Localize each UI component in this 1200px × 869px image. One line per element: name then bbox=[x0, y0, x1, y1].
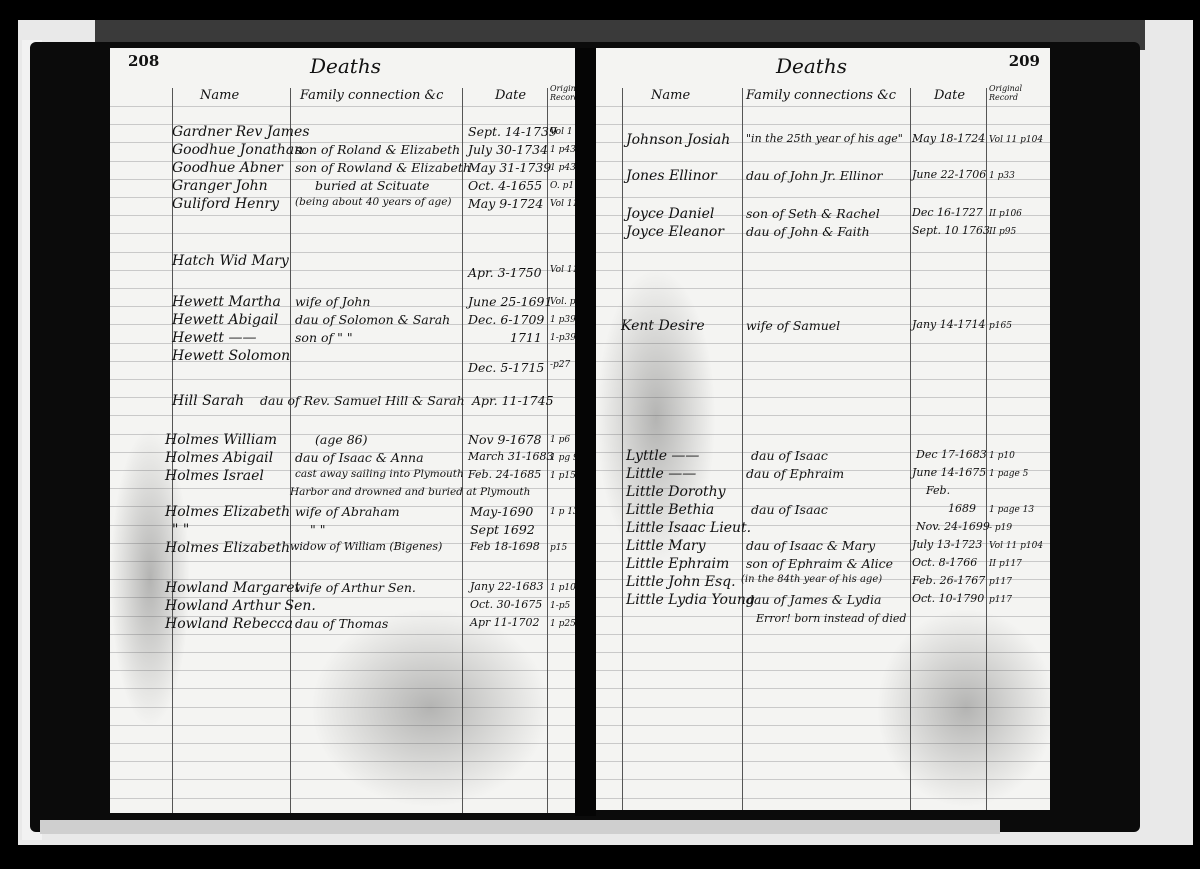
entry-date: Sept 1692 bbox=[470, 522, 535, 537]
table-row: Joyce Danielson of Seth & RachelDec 16-1… bbox=[596, 206, 1050, 224]
table-row: Little Isaac Lieut.Nov. 24-1699- p19 bbox=[596, 520, 1050, 538]
entry-date: Sept. 14-1739 bbox=[468, 124, 557, 139]
entry-record: p15 bbox=[550, 543, 567, 553]
entry-name: Goodhue Jonathan bbox=[172, 142, 303, 158]
entry-family: wife of John bbox=[295, 294, 370, 309]
entry-date: Dec 16-1727 bbox=[912, 206, 983, 219]
page-title: Deaths bbox=[310, 54, 381, 78]
table-row: Jones Ellinordau of John Jr. EllinorJune… bbox=[596, 168, 1050, 186]
entry-record: p165 bbox=[989, 321, 1012, 331]
book-bottom-edge bbox=[40, 820, 1000, 834]
entry-record: p117 bbox=[989, 595, 1012, 605]
entry-record: 1-p5 bbox=[550, 601, 570, 611]
entry-name: Jones Ellinor bbox=[626, 168, 717, 184]
entry-name: Hewett Solomon bbox=[172, 348, 290, 364]
entry-record: p117 bbox=[989, 577, 1012, 587]
column-header-family: Family connection &c bbox=[300, 88, 443, 103]
entry-family: dau of Isaac & Mary bbox=[746, 538, 875, 553]
entry-date: July 13-1723 bbox=[912, 538, 982, 551]
entry-family: dau of James & Lydia bbox=[746, 592, 881, 607]
table-row: Little John Esq.(in the 84th year of his… bbox=[596, 574, 1050, 592]
table-row: Little Lydia Youngdau of James & LydiaOc… bbox=[596, 592, 1050, 610]
entry-date: June 25-1691 bbox=[468, 294, 552, 309]
table-row: Holmes William(age 86)Nov 9-16781 p6 bbox=[110, 432, 575, 450]
entry-family: dau of Solomon & Sarah bbox=[295, 312, 450, 327]
entry-name: Guliford Henry bbox=[172, 196, 279, 212]
entry-date: Nov. 24-1699 bbox=[916, 520, 990, 533]
entry-name: Hill Sarah bbox=[172, 393, 244, 409]
entry-family: cast away sailing into Plymouth bbox=[295, 468, 464, 480]
entry-date: May 31-1739 bbox=[468, 160, 551, 175]
entry-date: June 22-1706 bbox=[912, 168, 986, 181]
entry-record: II p95 bbox=[989, 227, 1016, 237]
entry-record: 1 pg 9 bbox=[550, 453, 575, 463]
table-row: Lyttle ——dau of IsaacDec 17-16831 p10 bbox=[596, 448, 1050, 466]
ruled-line bbox=[110, 288, 575, 289]
entry-family: " " bbox=[310, 522, 325, 537]
page-title: Deaths bbox=[776, 54, 847, 78]
entry-family: (in the 84th year of his age) bbox=[741, 574, 882, 585]
entry-family: dau of Isaac bbox=[751, 448, 828, 463]
entry-family: buried at Scituate bbox=[315, 178, 429, 193]
table-row: Little Marydau of Isaac & MaryJuly 13-17… bbox=[596, 538, 1050, 556]
entry-family: "in the 25th year of his age" bbox=[746, 132, 903, 145]
table-row: " "" "Sept 1692 bbox=[110, 522, 575, 540]
entry-name: Holmes Elizabeth bbox=[165, 504, 290, 520]
entry-date: Oct. 8-1766 bbox=[912, 556, 977, 569]
ruled-line bbox=[110, 415, 575, 416]
entry-family: widow of William (Bigenes) bbox=[290, 540, 442, 553]
column-header-record: Original Record bbox=[989, 84, 1019, 102]
entry-name: Holmes William bbox=[165, 432, 277, 448]
entry-date: Apr. 3-1750 bbox=[468, 265, 542, 280]
table-row: Little ——dau of EphraimJune 14-16751 pag… bbox=[596, 466, 1050, 484]
entry-name: Holmes Elizabeth bbox=[165, 540, 290, 556]
table-row: Hewett SolomonDec. 5-1715-p27 bbox=[110, 348, 575, 366]
table-row: Little Ephraimson of Ephraim & AliceOct.… bbox=[596, 556, 1050, 574]
ruled-line bbox=[596, 124, 1050, 125]
table-row: Little DorothyFeb. bbox=[596, 484, 1050, 502]
ruled-line bbox=[596, 252, 1050, 253]
entry-record: Vol. page bbox=[550, 297, 575, 307]
entry-record: -p27 bbox=[550, 360, 570, 370]
entry-date: Oct. 30-1675 bbox=[470, 598, 542, 611]
paper-stain bbox=[310, 608, 550, 808]
entry-name: Little Lydia Young bbox=[626, 592, 755, 608]
column-header-date: Date bbox=[495, 88, 526, 103]
entry-date: Oct. 4-1655 bbox=[468, 178, 542, 193]
entry-family: son of Rowland & Elizabeth bbox=[295, 160, 471, 175]
table-row: Holmes Abigaildau of Isaac & AnnaMarch 3… bbox=[110, 450, 575, 468]
entry-record: 1 p33 bbox=[989, 171, 1015, 181]
entry-name: " " bbox=[172, 522, 189, 538]
entry-name: Joyce Eleanor bbox=[626, 224, 724, 240]
entry-record: 1-p39 bbox=[550, 333, 575, 343]
table-row: Howland Rebeccadau of ThomasApr 11-17021… bbox=[110, 616, 575, 634]
entry-family: dau of John & Faith bbox=[746, 224, 870, 239]
entry-family: (age 86) bbox=[315, 432, 367, 447]
entry-date: June 14-1675 bbox=[912, 466, 986, 479]
ruled-line bbox=[596, 106, 1050, 107]
table-row: Holmes Israelcast away sailing into Plym… bbox=[110, 468, 575, 486]
table-row: Hill Sarahdau of Rev. Samuel Hill & Sara… bbox=[110, 393, 575, 411]
entry-record: Vol 1 p43 bbox=[550, 127, 575, 137]
table-row: Harbor and drowned and buried at Plymout… bbox=[110, 486, 575, 504]
table-row: Little Bethiadau of Isaac16891 page 13 bbox=[596, 502, 1050, 520]
right-page: 209 Deaths Name Family connections &c Da… bbox=[596, 48, 1050, 810]
entry-date: Feb. bbox=[926, 484, 950, 497]
entry-name: Holmes Israel bbox=[165, 468, 264, 484]
entry-date: May-1690 bbox=[470, 504, 533, 519]
entry-family: dau of Isaac & Anna bbox=[295, 450, 424, 465]
ruled-line bbox=[110, 233, 575, 234]
entry-record: - p19 bbox=[989, 523, 1012, 533]
entry-family: wife of Abraham bbox=[295, 504, 400, 519]
entry-family: Harbor and drowned and buried at Plymout… bbox=[290, 486, 530, 498]
entry-name: Little —— bbox=[626, 466, 696, 482]
paper-stain bbox=[876, 608, 1050, 808]
entry-record: II p106 bbox=[989, 209, 1022, 219]
entry-record: 1 p25 bbox=[550, 619, 575, 629]
book-gutter bbox=[575, 48, 596, 816]
entry-date: July 30-1734 bbox=[468, 142, 548, 157]
entry-family: (being about 40 years of age) bbox=[295, 196, 452, 208]
entry-record: 1 page 13 bbox=[989, 505, 1034, 515]
entry-date: 1689 bbox=[948, 502, 976, 515]
entry-family: son of Ephraim & Alice bbox=[746, 556, 893, 571]
table-row: Guliford Henry(being about 40 years of a… bbox=[110, 196, 575, 214]
table-row: Hewett Marthawife of JohnJune 25-1691Vol… bbox=[110, 294, 575, 312]
entry-date: Jany 22-1683 bbox=[470, 580, 543, 593]
entry-record: 1 p43 bbox=[550, 145, 575, 155]
table-row: Howland Margaretwife of Arthur Sen.Jany … bbox=[110, 580, 575, 598]
entry-name: Goodhue Abner bbox=[172, 160, 283, 176]
entry-name: Little Mary bbox=[626, 538, 706, 554]
entry-date: May 9-1724 bbox=[468, 196, 543, 211]
entry-name: Gardner Rev James bbox=[172, 124, 310, 140]
ruled-line bbox=[110, 215, 575, 216]
entry-record: Vol 11 p104 bbox=[989, 541, 1043, 551]
entry-family: son of Seth & Rachel bbox=[746, 206, 880, 221]
entry-date: Apr. 11-1745 bbox=[472, 393, 554, 408]
entry-name: Johnson Josiah bbox=[626, 132, 730, 148]
entry-family: dau of Thomas bbox=[295, 616, 388, 631]
entry-record: 1 p 13 12 bbox=[550, 507, 575, 517]
table-row: Goodhue Jonathanson of Roland & Elizabet… bbox=[110, 142, 575, 160]
entry-date: Apr 11-1702 bbox=[470, 616, 539, 629]
entry-date: Dec 17-1683 bbox=[916, 448, 987, 461]
entry-name: Hewett Abigail bbox=[172, 312, 278, 328]
table-row: Holmes Elizabethwidow of William (Bigene… bbox=[110, 540, 575, 558]
entry-family: wife of Arthur Sen. bbox=[295, 580, 416, 595]
page-number: 208 bbox=[128, 52, 159, 70]
entry-name: Little Dorothy bbox=[626, 484, 726, 500]
table-row: Howland Arthur Sen.Oct. 30-16751-p5 bbox=[110, 598, 575, 616]
entry-date: Oct. 10-1790 bbox=[912, 592, 984, 605]
entry-name: Little Bethia bbox=[626, 502, 714, 518]
entry-record: Vol 11 p104 bbox=[550, 199, 575, 209]
entry-name: Little John Esq. bbox=[626, 574, 736, 590]
entry-date: Dec. 5-1715 bbox=[468, 360, 544, 375]
entry-date: Nov 9-1678 bbox=[468, 432, 542, 447]
entry-record: 1 p15 bbox=[550, 471, 575, 481]
entry-name: Lyttle —— bbox=[626, 448, 699, 464]
entry-date: Dec. 6-1709 bbox=[468, 312, 544, 327]
entry-record: II p117 bbox=[989, 559, 1022, 569]
table-row: Hewett Abigaildau of Solomon & SarahDec.… bbox=[110, 312, 575, 330]
entry-name: Kent Desire bbox=[621, 318, 705, 334]
entry-family: son of " " bbox=[295, 330, 353, 345]
entry-name: Holmes Abigail bbox=[165, 450, 273, 466]
column-header-name: Name bbox=[200, 88, 239, 103]
entry-record: 1 p43 bbox=[550, 163, 575, 173]
entry-family: dau of Ephraim bbox=[746, 466, 844, 481]
entry-name: Granger John bbox=[172, 178, 268, 194]
entry-family: son of Roland & Elizabeth bbox=[295, 142, 460, 157]
entry-date: Sept. 10 1763 bbox=[912, 224, 990, 237]
entry-date: 1711 bbox=[510, 330, 542, 345]
entry-family: dau of Isaac bbox=[751, 502, 828, 517]
entry-family: dau of John Jr. Ellinor bbox=[746, 168, 882, 183]
entry-name: Howland Rebecca bbox=[165, 616, 293, 632]
entry-name: Hewett —— bbox=[172, 330, 256, 346]
entry-name: Hewett Martha bbox=[172, 294, 281, 310]
table-row: Granger Johnburied at ScituateOct. 4-165… bbox=[110, 178, 575, 196]
entry-date: Feb. 26-1767 bbox=[912, 574, 985, 587]
table-row: Holmes Elizabethwife of AbrahamMay-16901… bbox=[110, 504, 575, 522]
table-row: Kent Desirewife of SamuelJany 14-1714p16… bbox=[596, 318, 1050, 336]
entry-name: Howland Margaret bbox=[165, 580, 300, 596]
ruled-line bbox=[596, 161, 1050, 162]
ruled-line bbox=[110, 106, 575, 107]
table-row: Johnson Josiah"in the 25th year of his a… bbox=[596, 132, 1050, 150]
ruled-line bbox=[596, 197, 1050, 198]
ruled-line bbox=[110, 379, 575, 380]
entry-date: May 18-1724 bbox=[912, 132, 985, 145]
entry-record: 1 p6 bbox=[550, 435, 570, 445]
table-row: Gardner Rev JamesSept. 14-1739Vol 1 p43 bbox=[110, 124, 575, 142]
table-row: Goodhue Abnerson of Rowland & ElizabethM… bbox=[110, 160, 575, 178]
entry-name: Little Ephraim bbox=[626, 556, 729, 572]
entry-record: 1 p10 bbox=[550, 583, 575, 593]
entry-record: O. p171 bbox=[550, 181, 575, 191]
entry-date: March 31-1683 bbox=[468, 450, 554, 463]
entry-name: Little Isaac Lieut. bbox=[626, 520, 751, 536]
entry-family: wife of Samuel bbox=[746, 318, 840, 333]
entry-name: Howland Arthur Sen. bbox=[165, 598, 316, 614]
entry-record: 1 p10 bbox=[989, 451, 1015, 461]
correction-note: Error! born instead of died bbox=[756, 612, 906, 625]
table-row: Joyce Eleanordau of John & FaithSept. 10… bbox=[596, 224, 1050, 242]
column-header-date: Date bbox=[934, 88, 965, 103]
table-row: Hatch Wid MaryApr. 3-1750Vol 11 p109 bbox=[110, 253, 575, 271]
entry-date: Feb. 24-1685 bbox=[468, 468, 541, 481]
column-header-record: Original Record bbox=[550, 84, 575, 102]
entry-record: 1 page 5 bbox=[989, 469, 1028, 479]
page-number: 209 bbox=[1009, 52, 1040, 70]
entry-name: Hatch Wid Mary bbox=[172, 253, 289, 269]
entry-record: 1 p39 bbox=[550, 315, 575, 325]
column-header-name: Name bbox=[651, 88, 690, 103]
entry-name: Joyce Daniel bbox=[626, 206, 714, 222]
entry-date: Feb 18-1698 bbox=[470, 540, 540, 553]
entry-family: dau of Rev. Samuel Hill & Sarah bbox=[260, 393, 465, 408]
table-row: Hewett ——son of " "17111-p39 bbox=[110, 330, 575, 348]
entry-date: Jany 14-1714 bbox=[912, 318, 985, 331]
entry-record: Vol 11 p104 bbox=[989, 135, 1043, 145]
left-page: 208 Deaths Name Family connection &c Dat… bbox=[110, 48, 575, 813]
entry-record: Vol 11 p109 bbox=[550, 265, 575, 275]
column-header-family: Family connections &c bbox=[746, 88, 896, 103]
